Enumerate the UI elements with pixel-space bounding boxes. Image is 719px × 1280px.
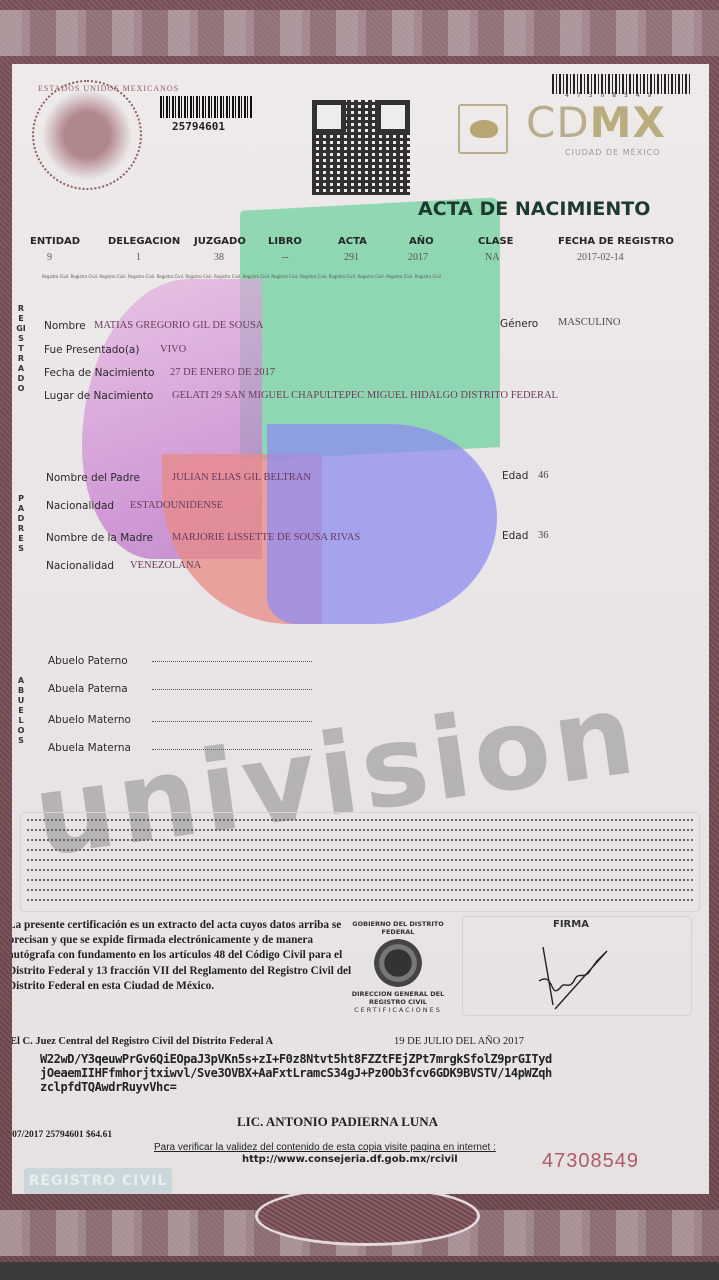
presentado-label: Fue Presentado(a) xyxy=(44,344,139,356)
document-title: ACTA DE NACIMIENTO xyxy=(418,198,650,220)
value-clase: NA xyxy=(485,252,499,263)
seal-top-text: GOBIERNO DEL DISTRITO FEDERAL xyxy=(348,920,448,936)
nombre-value: MATIAS GREGORIO GIL DE SOUSA xyxy=(94,320,263,331)
header-fecha-registro: FECHA DE REGISTRO xyxy=(558,236,674,247)
barcode-number: 25794601 xyxy=(172,120,225,133)
value-ano: 2017 xyxy=(408,252,428,263)
registro-civil-stamp: REGISTRO CIVIL xyxy=(24,1168,172,1194)
madre-nacionalidad-label: Nacionalidad xyxy=(46,560,114,572)
cdmx-emblem-icon xyxy=(458,104,508,154)
genero-label: Género xyxy=(500,318,538,330)
juez-line: El C. Juez Central del Registro Civil de… xyxy=(12,1036,273,1047)
fecha-nacimiento-value: 27 DE ENERO DE 2017 xyxy=(170,367,275,378)
abuelo-paterno-blank xyxy=(152,656,312,662)
header-ano: AÑO xyxy=(409,236,434,247)
genero-value: MASCULINO xyxy=(558,317,620,328)
padre-nacionalidad-label: Nacionalidad xyxy=(46,500,114,512)
padre-edad-label: Edad xyxy=(502,470,528,482)
coat-of-arms-icon xyxy=(32,80,142,190)
registry-seal: GOBIERNO DEL DISTRITO FEDERAL DIRECCION … xyxy=(348,920,448,1014)
nombre-label: Nombre xyxy=(44,320,86,332)
value-entidad: 9 xyxy=(47,252,52,263)
certification-text: La presente certificación es un extracto… xyxy=(12,918,352,994)
birth-certificate: ESTADOS UNIDOS MEXICANOS 25794601 473085… xyxy=(12,64,709,1194)
cdmx-logo: CDMX xyxy=(526,98,666,147)
header-delegacion: DELEGACION xyxy=(108,236,180,247)
qr-code-icon xyxy=(312,100,410,195)
verify-url-link[interactable]: http://www.consejeria.df.gob.mx/rcivil xyxy=(242,1154,458,1165)
oval-cartouche xyxy=(255,1186,480,1246)
signature-box: FIRMA xyxy=(462,916,692,1016)
header-libro: LIBRO xyxy=(268,236,302,247)
header-entidad: ENTIDAD xyxy=(30,236,80,247)
header-clase: CLASE xyxy=(478,236,513,247)
abuelo-materno-label: Abuelo Materno xyxy=(48,714,131,726)
lugar-nacimiento-label: Lugar de Nacimiento xyxy=(44,390,153,402)
madre-edad-label: Edad xyxy=(502,530,528,542)
section-label-padres: PADRES xyxy=(16,494,26,554)
barcode-icon xyxy=(160,96,252,118)
abuelo-paterno-label: Abuelo Paterno xyxy=(48,655,128,667)
firma-label: FIRMA xyxy=(553,919,589,930)
barcode-right-icon xyxy=(552,74,692,94)
madre-label: Nombre de la Madre xyxy=(46,532,153,544)
madre-nacionalidad-value: VENEZOLANA xyxy=(130,560,201,571)
seal-bottom-text: DIRECCION GENERAL DEL REGISTRO CIVIL xyxy=(348,990,448,1006)
value-delegacion: 1 xyxy=(136,252,141,263)
seal-sub-text: CERTIFICACIONES xyxy=(348,1006,448,1014)
issuance-date: 19 DE JULIO DEL AÑO 2017 xyxy=(394,1036,524,1047)
madre-edad-value: 36 xyxy=(538,530,549,541)
abuela-paterna-blank xyxy=(152,684,312,690)
value-libro: -- xyxy=(282,252,289,263)
value-acta: 291 xyxy=(344,252,359,263)
official-name: LIC. ANTONIO PADIERNA LUNA xyxy=(237,1114,438,1130)
receipt-info: 19/07/2017 25794601 $64.61 xyxy=(12,1130,112,1140)
padre-nacionalidad-value: ESTADOUNIDENSE xyxy=(130,500,223,511)
annotations-box xyxy=(20,812,700,912)
coat-of-arms-text: ESTADOS UNIDOS MEXICANOS xyxy=(38,84,179,93)
header-acta: ACTA xyxy=(338,236,367,247)
signature-icon xyxy=(535,941,615,1011)
value-juzgado: 38 xyxy=(214,252,224,263)
folio-number: 47308549 xyxy=(542,1150,639,1173)
border-band-top xyxy=(0,10,719,56)
section-label-registrado: REGISTRADO xyxy=(16,304,26,394)
watermark-blue xyxy=(267,424,497,624)
padre-label: Nombre del Padre xyxy=(46,472,140,484)
abuela-paterna-label: Abuela Paterna xyxy=(48,683,128,695)
background-edge xyxy=(0,1262,719,1280)
lugar-nacimiento-value: GELATI 29 SAN MIGUEL CHAPULTEPEC MIGUEL … xyxy=(172,390,558,401)
madre-value: MARJORIE LISSETTE DE SOUSA RIVAS xyxy=(172,532,360,543)
padre-edad-value: 46 xyxy=(538,470,549,481)
electronic-signature-hash: W22wD/Y3qeuwPrGv6QiEOpaJ3pVKn5s+zI+F0z8N… xyxy=(40,1052,552,1094)
value-fecha-registro: 2017-02-14 xyxy=(577,252,624,263)
security-strip: Registro Civil. Registro Civil. Registro… xyxy=(42,274,692,279)
cdmx-subtitle: CIUDAD DE MÉXICO xyxy=(565,148,660,157)
verify-text: Para verificar la validez del contenido … xyxy=(154,1142,496,1153)
presentado-value: VIVO xyxy=(160,344,186,355)
seal-icon xyxy=(374,939,422,987)
header-juzgado: JUZGADO xyxy=(194,236,246,247)
fecha-nacimiento-label: Fecha de Nacimiento xyxy=(44,367,154,379)
padre-value: JULIAN ELIAS GIL BELTRAN xyxy=(172,472,311,483)
section-label-abuelos: ABUELOS xyxy=(16,676,26,746)
